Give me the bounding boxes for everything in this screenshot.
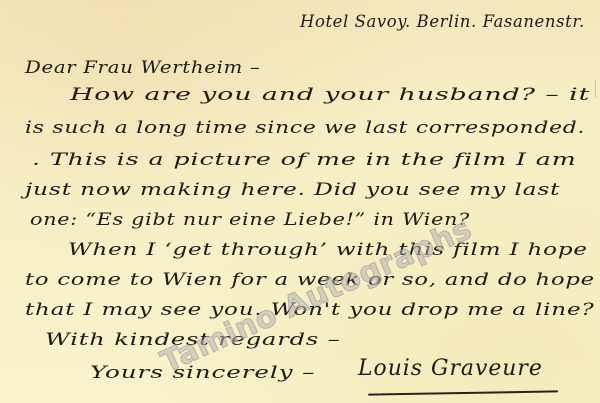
letter-heading: Hotel Savoy. Berlin. Fasanenstr. <box>300 12 585 32</box>
watermark: Tamino Autographs <box>156 211 477 380</box>
body-line-5: one: “Es gibt nur eine Liebe!” in Wien? <box>30 210 470 230</box>
signature-underline <box>368 390 558 395</box>
signature: Louis Graveure <box>358 356 543 381</box>
body-line-3: . This is a picture of me in the film I … <box>32 150 577 170</box>
paper-edge-mark <box>591 80 596 98</box>
body-line-9: With kindest regards – <box>45 330 341 350</box>
body-line-8: that I may see you. Won't you drop me a … <box>25 300 595 320</box>
body-line-2: is such a long time since we last corres… <box>25 118 585 138</box>
body-line-7: to come to Wien for a week or so, and do… <box>25 270 595 290</box>
salutation: Dear Frau Wertheim – <box>25 58 260 78</box>
closing: Yours sincerely – <box>90 363 315 383</box>
body-line-1: How are you and your husband? – it <box>70 85 590 105</box>
body-line-6: When I ‘get through’ with this film I ho… <box>68 240 588 260</box>
body-line-4: just now making here. Did you see my las… <box>25 180 560 200</box>
letter-card: Hotel Savoy. Berlin. Fasanenstr. Dear Fr… <box>0 0 600 403</box>
